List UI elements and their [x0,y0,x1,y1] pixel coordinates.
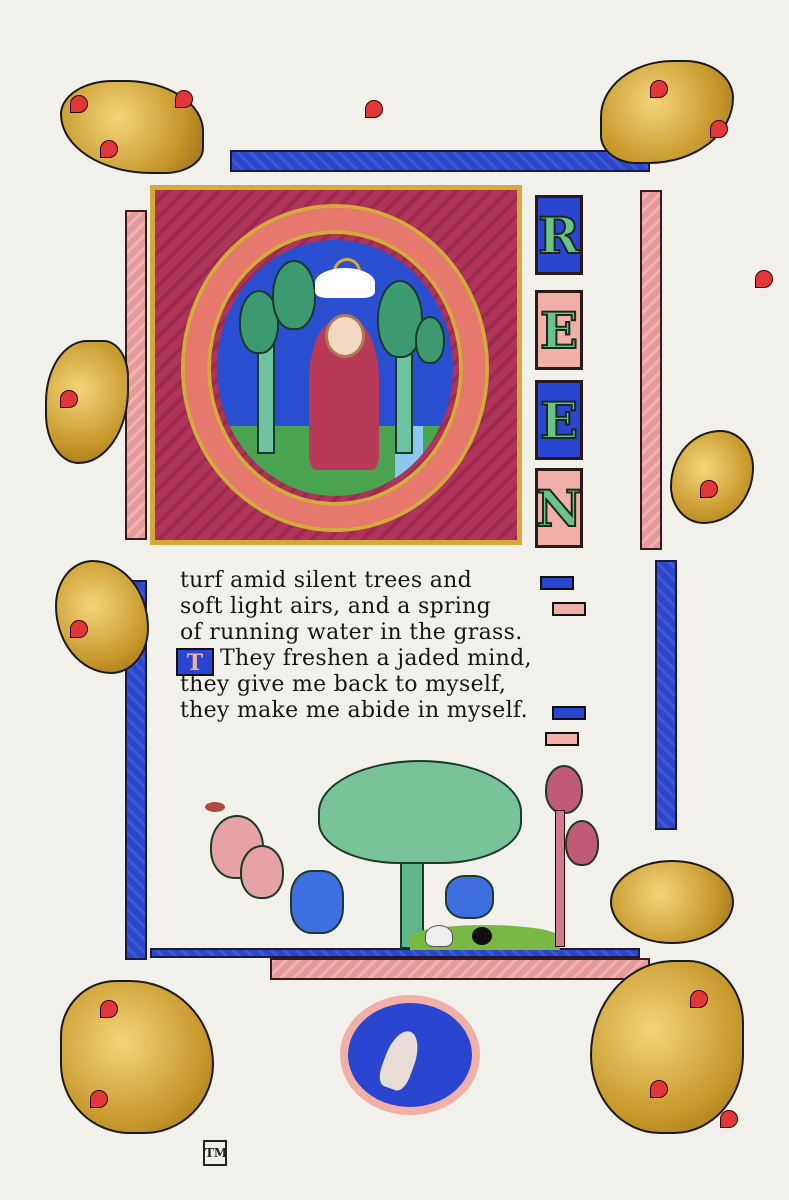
red-leaf-ornament [755,270,773,288]
red-leaf-ornament [710,120,728,138]
crimson-stem [555,810,565,947]
frame-right-lower-bar [655,560,677,830]
red-leaf-ornament [365,100,383,118]
text-line-with-initial: T They freshen a jaded mind, [180,646,560,672]
text-line: they give me back to myself, [180,672,560,698]
tree-icon [272,260,316,330]
frame-bottom-blue-line [150,948,640,958]
blue-plant [445,875,494,919]
red-leaf-ornament [70,620,88,638]
frame-right-bar [640,190,662,550]
gold-ornament-left-lower [55,560,149,674]
hare-icon [425,925,453,947]
red-leaf-ornament [650,1080,668,1098]
gold-ornament-left-mid [45,340,129,464]
artist-monogram: TM [203,1140,227,1166]
line-filler [552,602,586,616]
line-filler [545,732,579,746]
text-line: soft light airs, and a spring [180,594,560,620]
bird-icon [205,802,225,812]
initial-tile-e: E [535,380,583,460]
frame-bottom-bar [270,958,650,980]
central-tree-canopy [318,760,522,864]
red-leaf-ornament [60,390,78,408]
dove-icon [315,268,375,298]
gold-ornament-right-lower [610,860,734,944]
initial-scene [217,240,453,496]
gold-ornament-right-mid [670,430,754,524]
red-leaf-ornament [100,1000,118,1018]
tree-icon [415,316,445,364]
text-line: of running water in the grass. [180,620,560,646]
text-line: They freshen a jaded mind, [220,646,532,671]
line-filler [540,576,574,590]
crimson-bud [545,765,583,814]
red-leaf-ornament [175,90,193,108]
calligraphy-text: turf amid silent trees and soft light ai… [180,568,560,724]
crimson-bud [565,820,599,866]
blue-plant [290,870,344,934]
initial-tile-n: N [535,468,583,548]
text-line: they make me abide in myself. [180,698,560,724]
gold-ornament-bottom-right [590,960,744,1134]
red-leaf-ornament [690,990,708,1008]
frame-top-bar [230,150,650,172]
red-leaf-ornament [700,480,718,498]
gold-ornament-bottom-left [60,980,214,1134]
red-leaf-ornament [650,80,668,98]
red-leaf-ornament [70,95,88,113]
initial-tile-e: E [535,290,583,370]
pink-tree [240,845,284,899]
figure-head [325,314,365,358]
manuscript-page: R E E N turf amid silent trees and soft … [0,0,789,1200]
text-line: turf amid silent trees and [180,568,560,594]
gold-ornament-top-right [600,60,734,164]
red-leaf-ornament [100,140,118,158]
initial-tile-r: R [535,195,583,275]
red-leaf-ornament [90,1090,108,1108]
minor-initial-t: T [176,648,214,676]
decorated-initial-g [150,185,522,545]
red-leaf-ornament [720,1110,738,1128]
burrow [472,927,492,945]
line-filler [552,706,586,720]
